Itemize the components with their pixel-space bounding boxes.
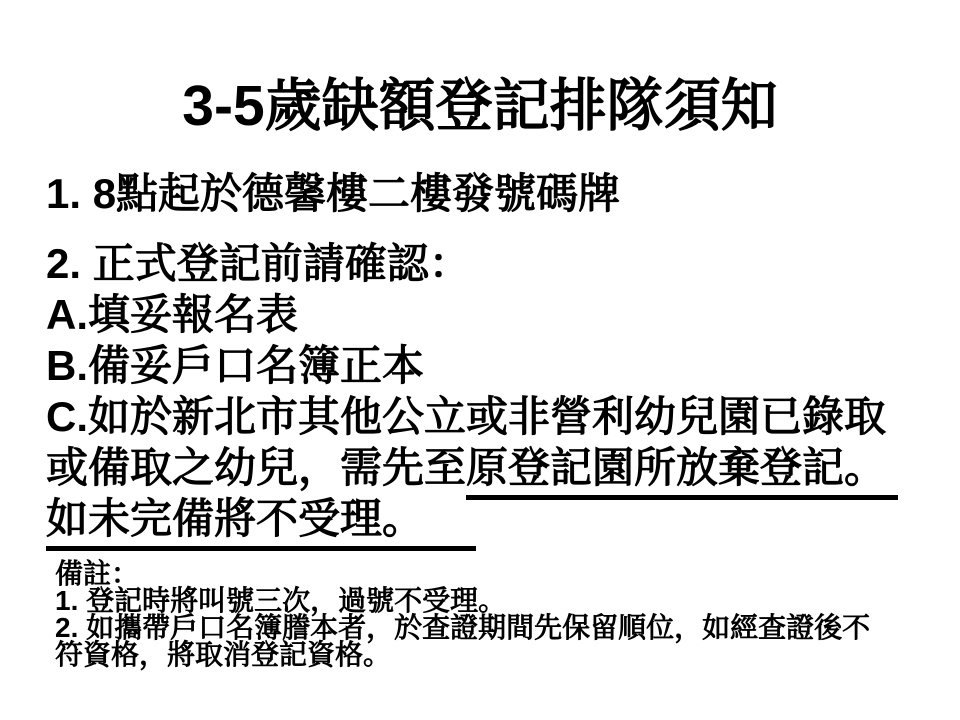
slide: 3-5歲缺額登記排隊須知 1. 8點起於德馨樓二樓發號碼牌 2. 正式登記前請確… (0, 0, 960, 720)
checklist-item-c-line3: 如未完備將不受理。 (46, 493, 940, 544)
instruction-1: 1. 8點起於德馨樓二樓發號碼牌 (46, 168, 940, 219)
slide-body: 1. 8點起於德馨樓二樓發號碼牌 2. 正式登記前請確認： A.填妥報名表 B.… (46, 168, 940, 544)
checklist-item-b: B.備妥戶口名簿正本 (46, 340, 940, 391)
checklist-item-c-line2-text: 或備取之幼兒，需先至 (46, 444, 466, 491)
checklist-item-c-line1: C.如於新北市其他公立或非營利幼兒園已錄取 (46, 391, 940, 442)
notes-heading: 備註： (55, 560, 940, 587)
checklist-item-c-line3-underlined-text: 如未完備將不受理。 (46, 495, 476, 551)
notes-section: 備註： 1. 登記時將叫號三次，過號不受理。 2. 如攜帶戶口名簿謄本者，於查證… (55, 560, 940, 668)
slide-title: 3-5歲缺額登記排隊須知 (0, 0, 960, 136)
note-2-line2: 符資格，將取消登記資格。 (55, 641, 940, 668)
note-1: 1. 登記時將叫號三次，過號不受理。 (55, 587, 940, 614)
checklist-item-c-line2: 或備取之幼兒，需先至原登記園所放棄登記。 (46, 442, 940, 493)
checklist-item-a: A.填妥報名表 (46, 289, 940, 340)
instruction-2: 2. 正式登記前請確認： (46, 238, 940, 289)
checklist-item-c-line2-underlined-text: 原登記園所放棄登記。 (466, 444, 898, 500)
note-2-line1: 2. 如攜帶戶口名簿謄本者，於查證期間先保留順位，如經查證後不 (55, 614, 940, 641)
